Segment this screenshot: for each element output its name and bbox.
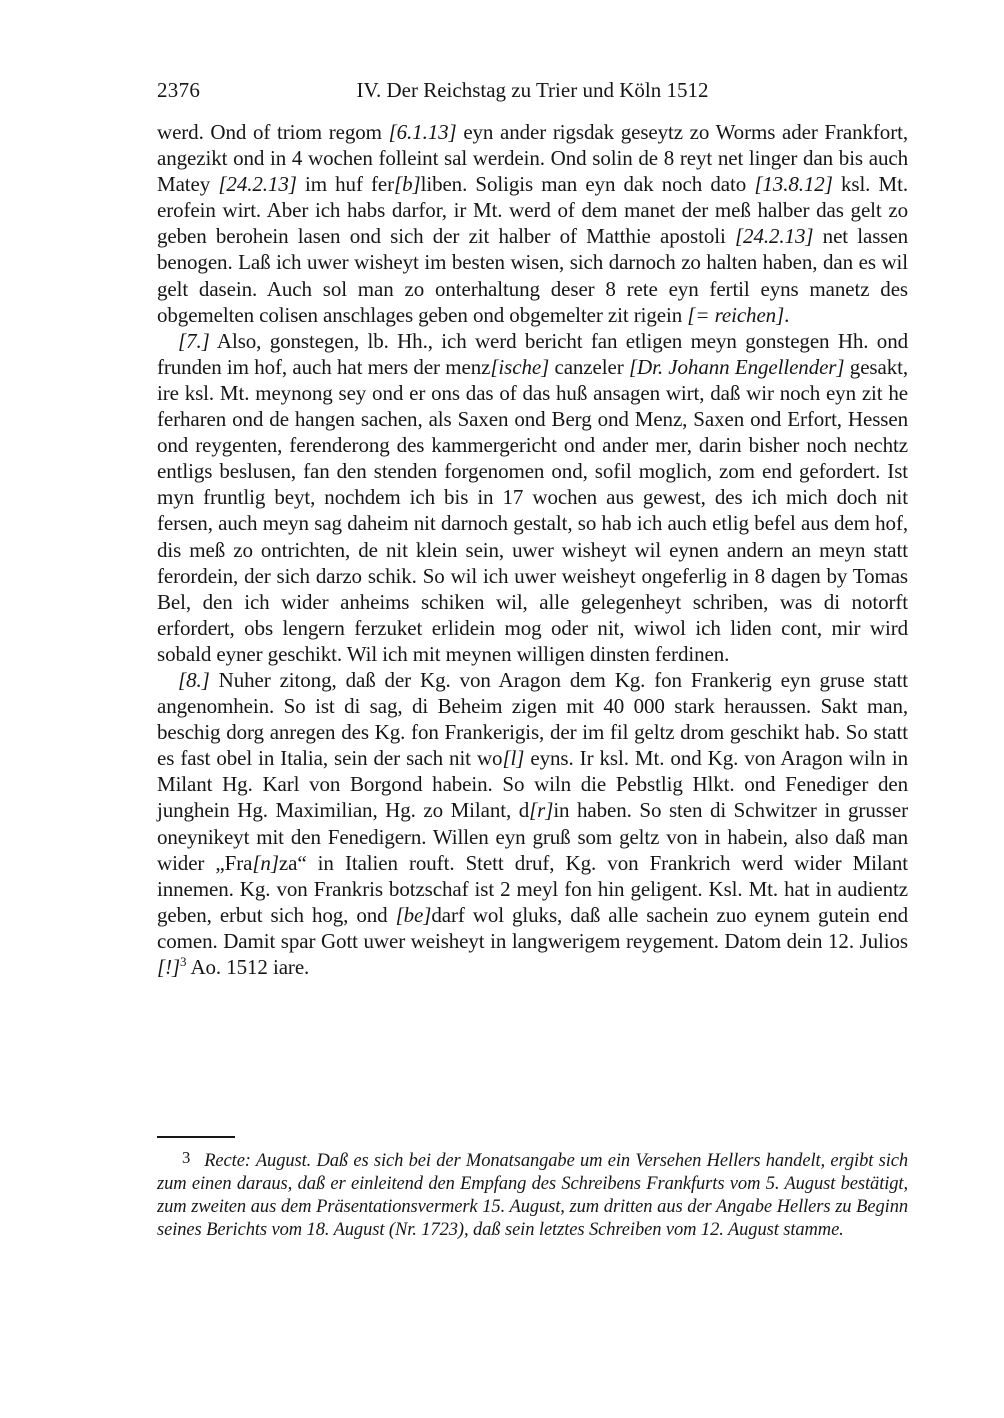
paragraph: werd. Ond of triom regom [6.1.13] eyn an… [157, 119, 908, 328]
footnote-rule [157, 1136, 235, 1138]
book-page: 2376 IV. Der Reichstag zu Trier und Köln… [0, 0, 1004, 1418]
footnote-marker: 3 [182, 1148, 204, 1167]
footnote-text: Recte: August. Daß es sich bei der Monat… [157, 1151, 908, 1240]
paragraph: [7.] Also, gonstegen, lb. Hh., ich werd … [157, 328, 908, 667]
footnote: 3Recte: August. Daß es sich bei der Mona… [157, 1146, 908, 1242]
body-text: werd. Ond of triom regom [6.1.13] eyn an… [157, 119, 908, 980]
footnote-section: 3Recte: August. Daß es sich bei der Mona… [157, 1136, 908, 1242]
paragraph: [8.] Nuher zitong, daß der Kg. von Arago… [157, 667, 908, 980]
running-title: IV. Der Reichstag zu Trier und Köln 1512 [157, 78, 908, 103]
page-header: 2376 IV. Der Reichstag zu Trier und Köln… [157, 78, 908, 104]
footnote-body: 3Recte: August. Daß es sich bei der Mona… [157, 1146, 908, 1242]
